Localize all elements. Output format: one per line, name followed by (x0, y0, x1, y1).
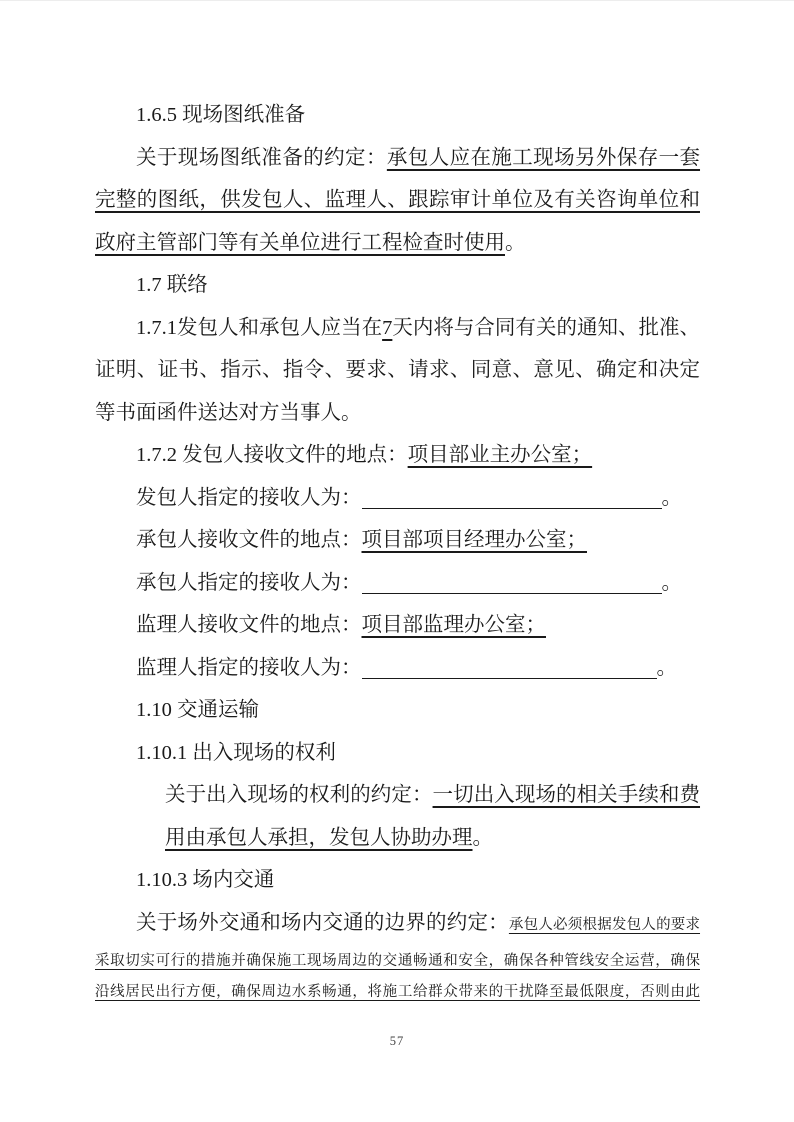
filled-value: 项目部项目经理办公室； (362, 529, 588, 551)
filled-value: 承包人必须根据发包人的要求 (509, 917, 700, 933)
filled-value: 一切出入现场的相关手续和费 (433, 784, 700, 806)
document-body: 1.6.5 现场图纸准备关于现场图纸准备的约定：承包人应在施工现场另外保存一套完… (95, 94, 700, 1008)
text-segment: 1.7 联络 (136, 274, 208, 296)
section-heading-1-10: 1.10 交通运输 (95, 689, 700, 732)
text-segment: 。 (657, 657, 678, 679)
section-heading-1-10-3: 1.10.3 场内交通 (95, 859, 700, 902)
text-segment: 1.10.3 场内交通 (136, 869, 274, 891)
text-segment: 证明、证书、指示、指令、要求、请求、同意、意见、确定和决定 (95, 359, 700, 381)
text-segment: 承包人接收文件的地点： (136, 529, 362, 551)
section-heading-1-7: 1.7 联络 (95, 264, 700, 307)
text-segment: 承包人指定的接收人为： (136, 572, 362, 594)
paragraph-line: 发包人指定的接收人为：。 (95, 477, 700, 520)
paragraph-line: 关于场外交通和场内交通的边界的约定：承包人必须根据发包人的要求 (95, 902, 700, 947)
text-segment: 关于出入现场的权利的约定： (165, 784, 433, 806)
page-number: 57 (0, 1034, 794, 1049)
text-segment: 1.10 交通运输 (136, 699, 259, 721)
paragraph-line: 沿线居民出行方便，确保周边水系畅通，将施工给群众带来的干扰降至最低限度，否则由此 (95, 977, 700, 1008)
text-segment: 监理人接收文件的地点： (136, 614, 362, 636)
text-segment: 发包人指定的接收人为： (136, 487, 362, 509)
text-segment: 1.7.2 发包人接收文件的地点： (136, 444, 408, 466)
text-segment: 天内将与合同有关的通知、批准、 (392, 317, 700, 339)
paragraph-line: 关于出入现场的权利的约定：一切出入现场的相关手续和费 (95, 774, 700, 817)
paragraph-line: 承包人接收文件的地点：项目部项目经理办公室； (95, 519, 700, 562)
fill-in-blank (362, 581, 662, 594)
text-segment: 关于场外交通和场内交通的边界的约定： (136, 912, 509, 934)
text-segment: 监理人指定的接收人为： (136, 657, 362, 679)
fill-in-blank (362, 666, 657, 679)
paragraph-line: 政府主管部门等有关单位进行工程检查时使用。 (95, 222, 700, 265)
text-segment: 等书面函件送达对方当事人。 (95, 402, 362, 424)
paragraph-line: 监理人接收文件的地点：项目部监理办公室； (95, 604, 700, 647)
paragraph-line: 1.7.2 发包人接收文件的地点：项目部业主办公室； (95, 434, 700, 477)
paragraph-line: 关于现场图纸准备的约定：承包人应在施工现场另外保存一套 (95, 137, 700, 180)
paragraph-line: 用由承包人承担，发包人协助办理。 (95, 817, 700, 860)
text-segment: 。 (662, 487, 683, 509)
text-segment: 。 (662, 572, 683, 594)
filled-value: 7 (382, 317, 392, 339)
paragraph-line: 采取切实可行的措施并确保施工现场周边的交通畅通和安全，确保各种管线安全运营，确保 (95, 946, 700, 977)
text-segment: 关于现场图纸准备的约定： (136, 147, 387, 169)
text-segment: 1.6.5 现场图纸准备 (136, 104, 305, 126)
text-segment: 。 (505, 232, 526, 254)
paragraph-line: 1.7.1发包人和承包人应当在7天内将与合同有关的通知、批准、 (95, 307, 700, 350)
document-page: 1.6.5 现场图纸准备关于现场图纸准备的约定：承包人应在施工现场另外保存一套完… (0, 0, 794, 1122)
filled-value: 项目部业主办公室； (408, 444, 593, 466)
filled-value: 采取切实可行的措施并确保施工现场周边的交通畅通和安全，确保各种管线安全运营，确保 (95, 953, 700, 969)
paragraph-line: 证明、证书、指示、指令、要求、请求、同意、意见、确定和决定 (95, 349, 700, 392)
filled-value: 沿线居民出行方便，确保周边水系畅通，将施工给群众带来的干扰降至最低限度，否则由此 (95, 984, 700, 1000)
section-heading-1-10-1: 1.10.1 出入现场的权利 (95, 732, 700, 775)
paragraph-line: 完整的图纸，供发包人、监理人、跟踪审计单位及有关咨询单位和 (95, 179, 700, 222)
filled-value: 政府主管部门等有关单位进行工程检查时使用 (95, 232, 505, 254)
text-segment: 。 (473, 827, 494, 849)
paragraph-line: 等书面函件送达对方当事人。 (95, 392, 700, 435)
paragraph-line: 承包人指定的接收人为：。 (95, 562, 700, 605)
text-segment: 1.10.1 出入现场的权利 (136, 742, 336, 764)
section-heading-1-6-5: 1.6.5 现场图纸准备 (95, 94, 700, 137)
fill-in-blank (362, 496, 662, 509)
filled-value: 完整的图纸，供发包人、监理人、跟踪审计单位及有关咨询单位和 (95, 189, 700, 211)
paragraph-line: 监理人指定的接收人为：。 (95, 647, 700, 690)
filled-value: 项目部监理办公室； (362, 614, 547, 636)
filled-value: 用由承包人承担，发包人协助办理 (165, 827, 473, 849)
filled-value: 承包人应在施工现场另外保存一套 (387, 147, 700, 169)
text-segment: 1.7.1发包人和承包人应当在 (136, 317, 382, 339)
